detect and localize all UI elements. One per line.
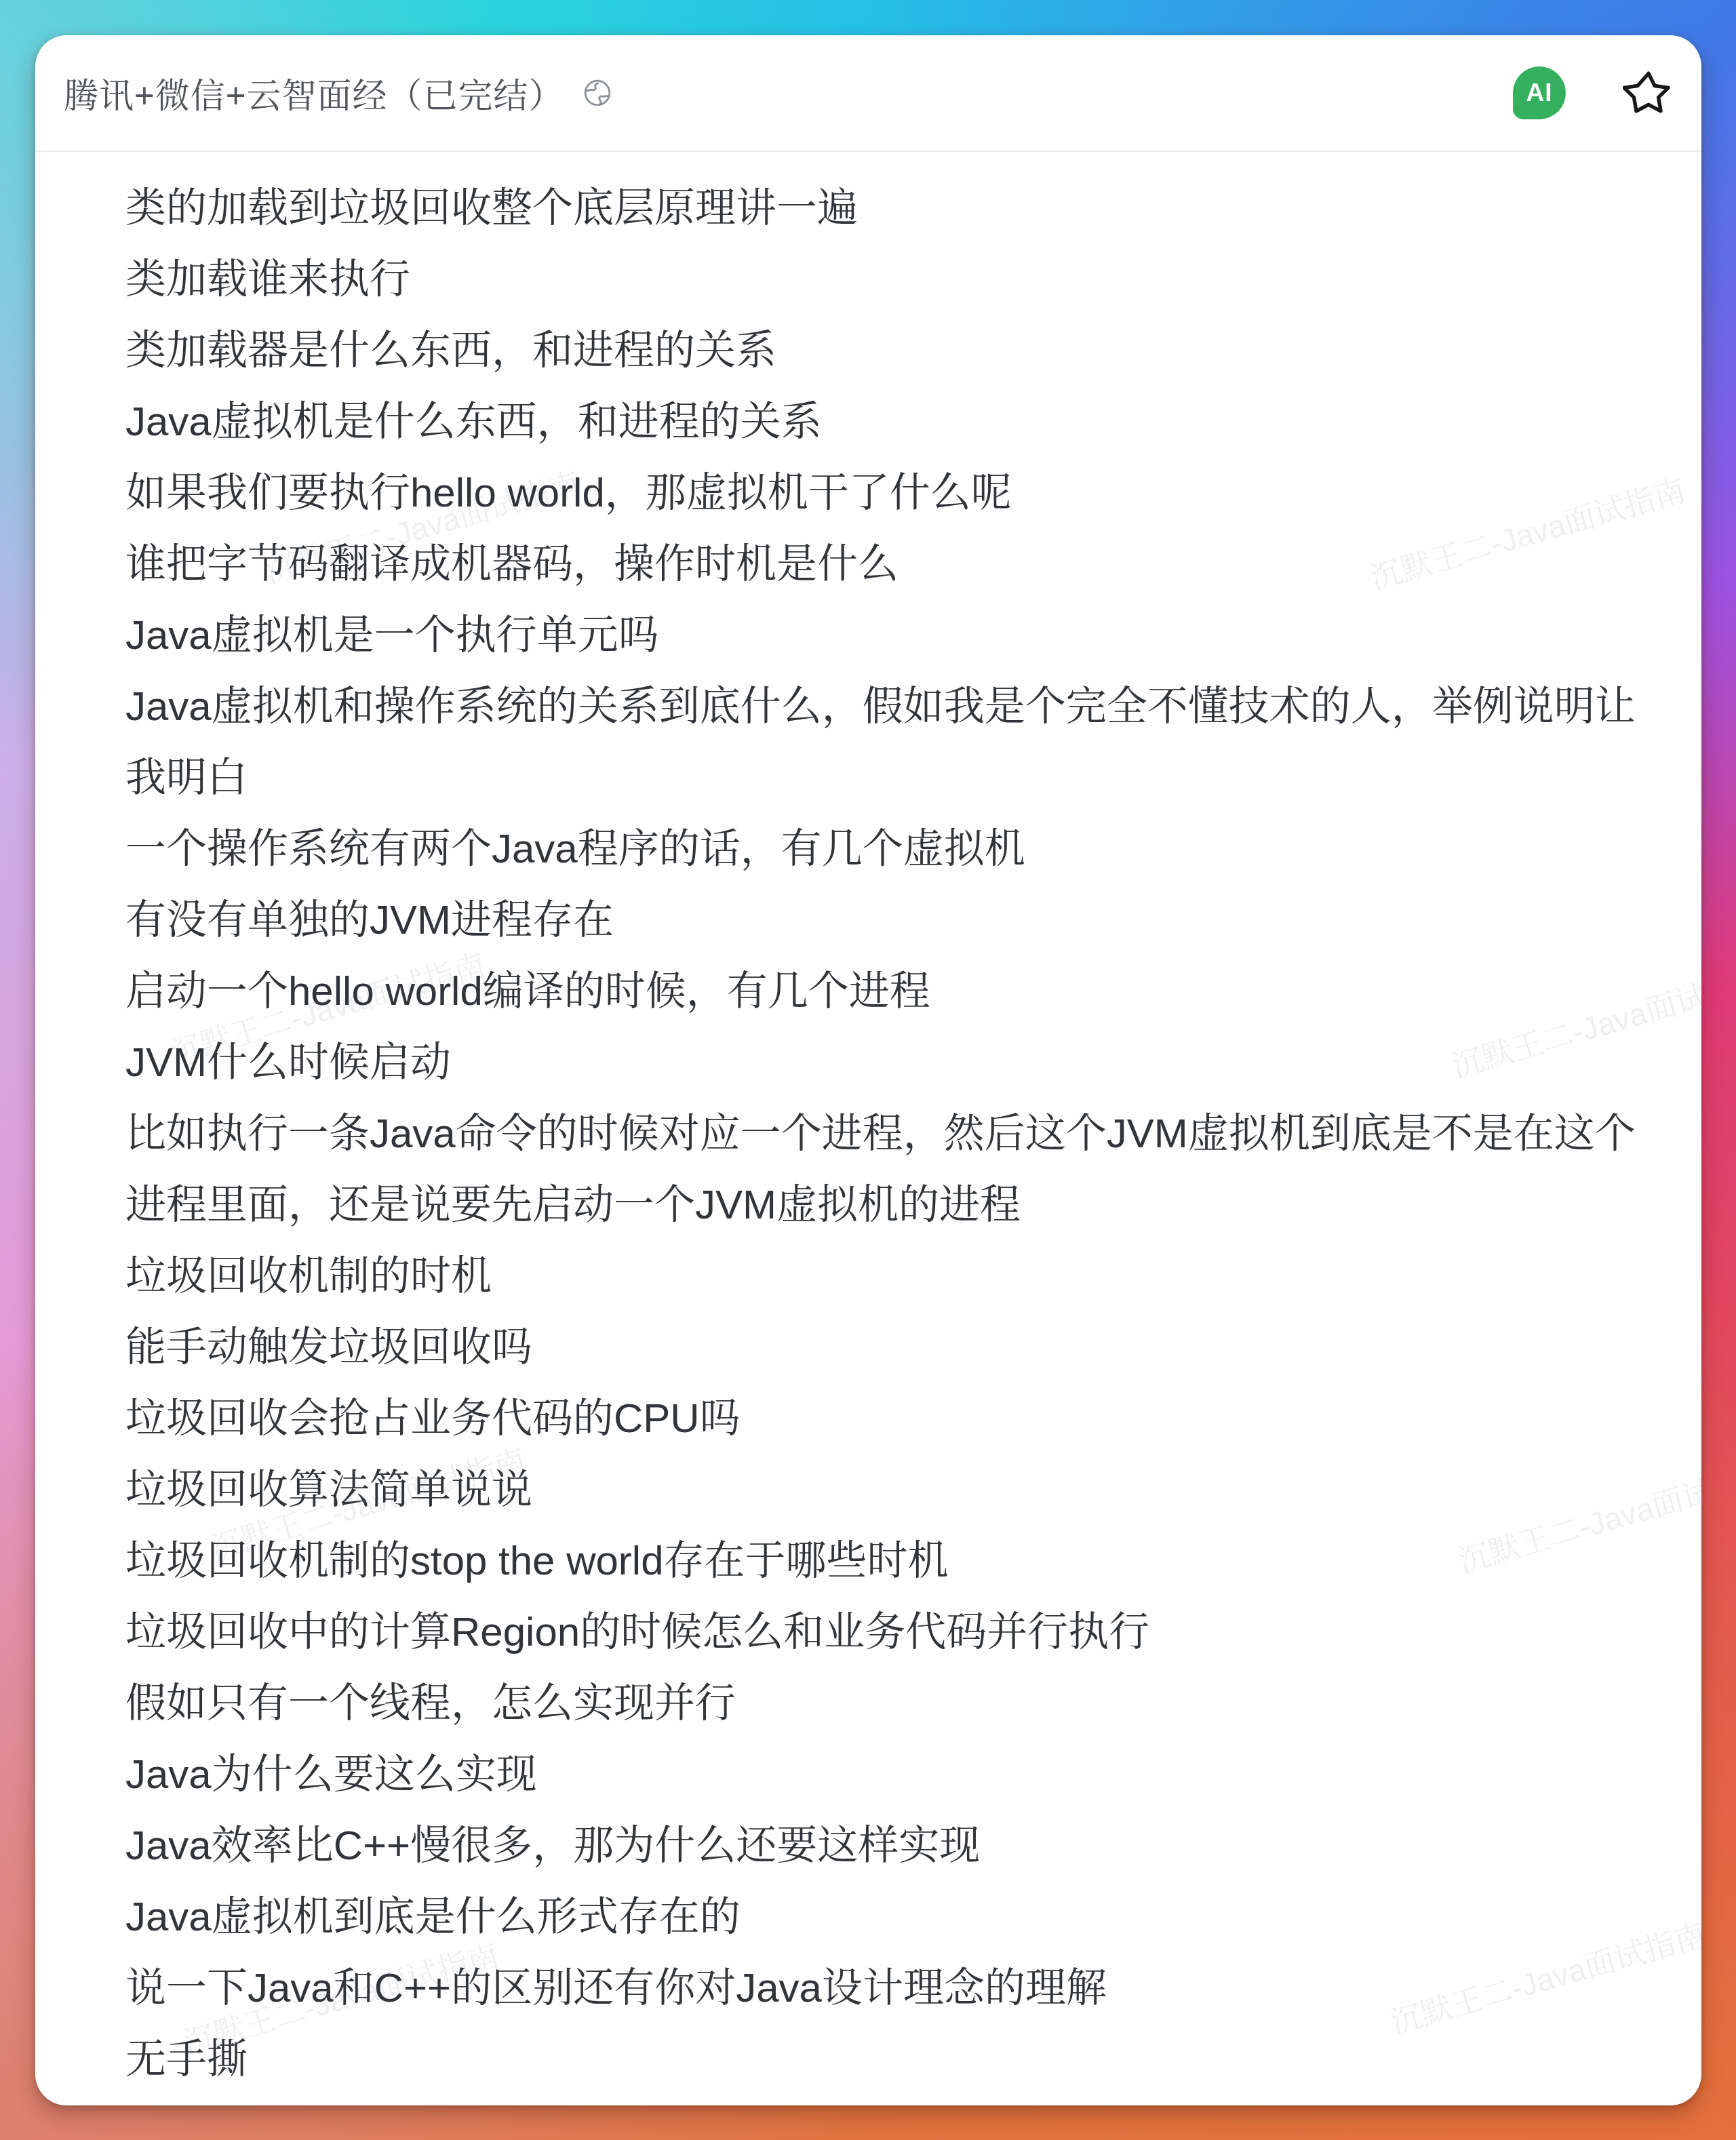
post-card: 腾讯+微信+云智面经（已完结） AI 沉默王二-Java面试指南 沉默王二-Ja… bbox=[35, 35, 1701, 2105]
question-text: Java虚拟机和操作系统的关系到底什么，假如我是个完全不懂技术的人，举例说明让我… bbox=[125, 671, 1663, 813]
question-text: 有没有单独的JVM进程存在 bbox=[125, 884, 1663, 955]
question-text: 垃圾回收机制的stop the world存在于哪些时机 bbox=[125, 1525, 1663, 1596]
page-title: 腾讯+微信+云智面经（已完结） bbox=[64, 68, 564, 118]
question-text: 垃圾回收机制的时机 bbox=[125, 1240, 1663, 1311]
question-list: 类的加载到垃圾回收整个底层原理讲一遍类加载谁来执行类加载器是什么东西，和进程的关… bbox=[35, 152, 1701, 2095]
question-text: 比如执行一条Java命令的时候对应一个进程，然后这个JVM虚拟机到底是不是在这个… bbox=[125, 1098, 1663, 1240]
globe-icon bbox=[582, 77, 613, 108]
gradient-background: 腾讯+微信+云智面经（已完结） AI 沉默王二-Java面试指南 沉默王二-Ja… bbox=[0, 0, 1736, 2140]
question-text: 假如只有一个线程，怎么实现并行 bbox=[125, 1667, 1663, 1739]
ai-badge-label: AI bbox=[1526, 79, 1553, 107]
question-text: 无手撕 bbox=[125, 2023, 1663, 2095]
question-text: 垃圾回收算法简单说说 bbox=[125, 1454, 1663, 1525]
question-text: Java为什么要这么实现 bbox=[125, 1739, 1663, 1810]
question-text: Java虚拟机到底是什么形式存在的 bbox=[125, 1881, 1663, 1952]
question-text: 类加载谁来执行 bbox=[125, 243, 1663, 315]
question-text: 类加载器是什么东西，和进程的关系 bbox=[125, 315, 1663, 386]
question-text: 能手动触发垃圾回收吗 bbox=[125, 1311, 1663, 1383]
question-text: JVM什么时候启动 bbox=[125, 1027, 1663, 1098]
question-text: 启动一个hello world编译的时候，有几个进程 bbox=[125, 955, 1663, 1027]
star-bookmark-button[interactable] bbox=[1623, 67, 1674, 119]
post-header: 腾讯+微信+云智面经（已完结） AI bbox=[35, 35, 1701, 152]
question-text: Java虚拟机是一个执行单元吗 bbox=[125, 599, 1663, 671]
question-text: Java虚拟机是什么东西，和进程的关系 bbox=[125, 386, 1663, 457]
question-text: 说一下Java和C++的区别还有你对Java设计理念的理解 bbox=[125, 1952, 1663, 2023]
question-text: 一个操作系统有两个Java程序的话，有几个虚拟机 bbox=[125, 813, 1663, 884]
question-text: 类的加载到垃圾回收整个底层原理讲一遍 bbox=[125, 172, 1663, 243]
question-text: 如果我们要执行hello world，那虚拟机干了什么呢 bbox=[125, 457, 1663, 528]
question-text: 谁把字节码翻译成机器码，操作时机是什么 bbox=[125, 528, 1663, 599]
question-text: 垃圾回收中的计算Region的时候怎么和业务代码并行执行 bbox=[125, 1596, 1663, 1667]
question-text: Java效率比C++慢很多，那为什么还要这样实现 bbox=[125, 1810, 1663, 1881]
ai-summary-button[interactable]: AI bbox=[1513, 66, 1566, 119]
question-text: 垃圾回收会抢占业务代码的CPU吗 bbox=[125, 1383, 1663, 1454]
